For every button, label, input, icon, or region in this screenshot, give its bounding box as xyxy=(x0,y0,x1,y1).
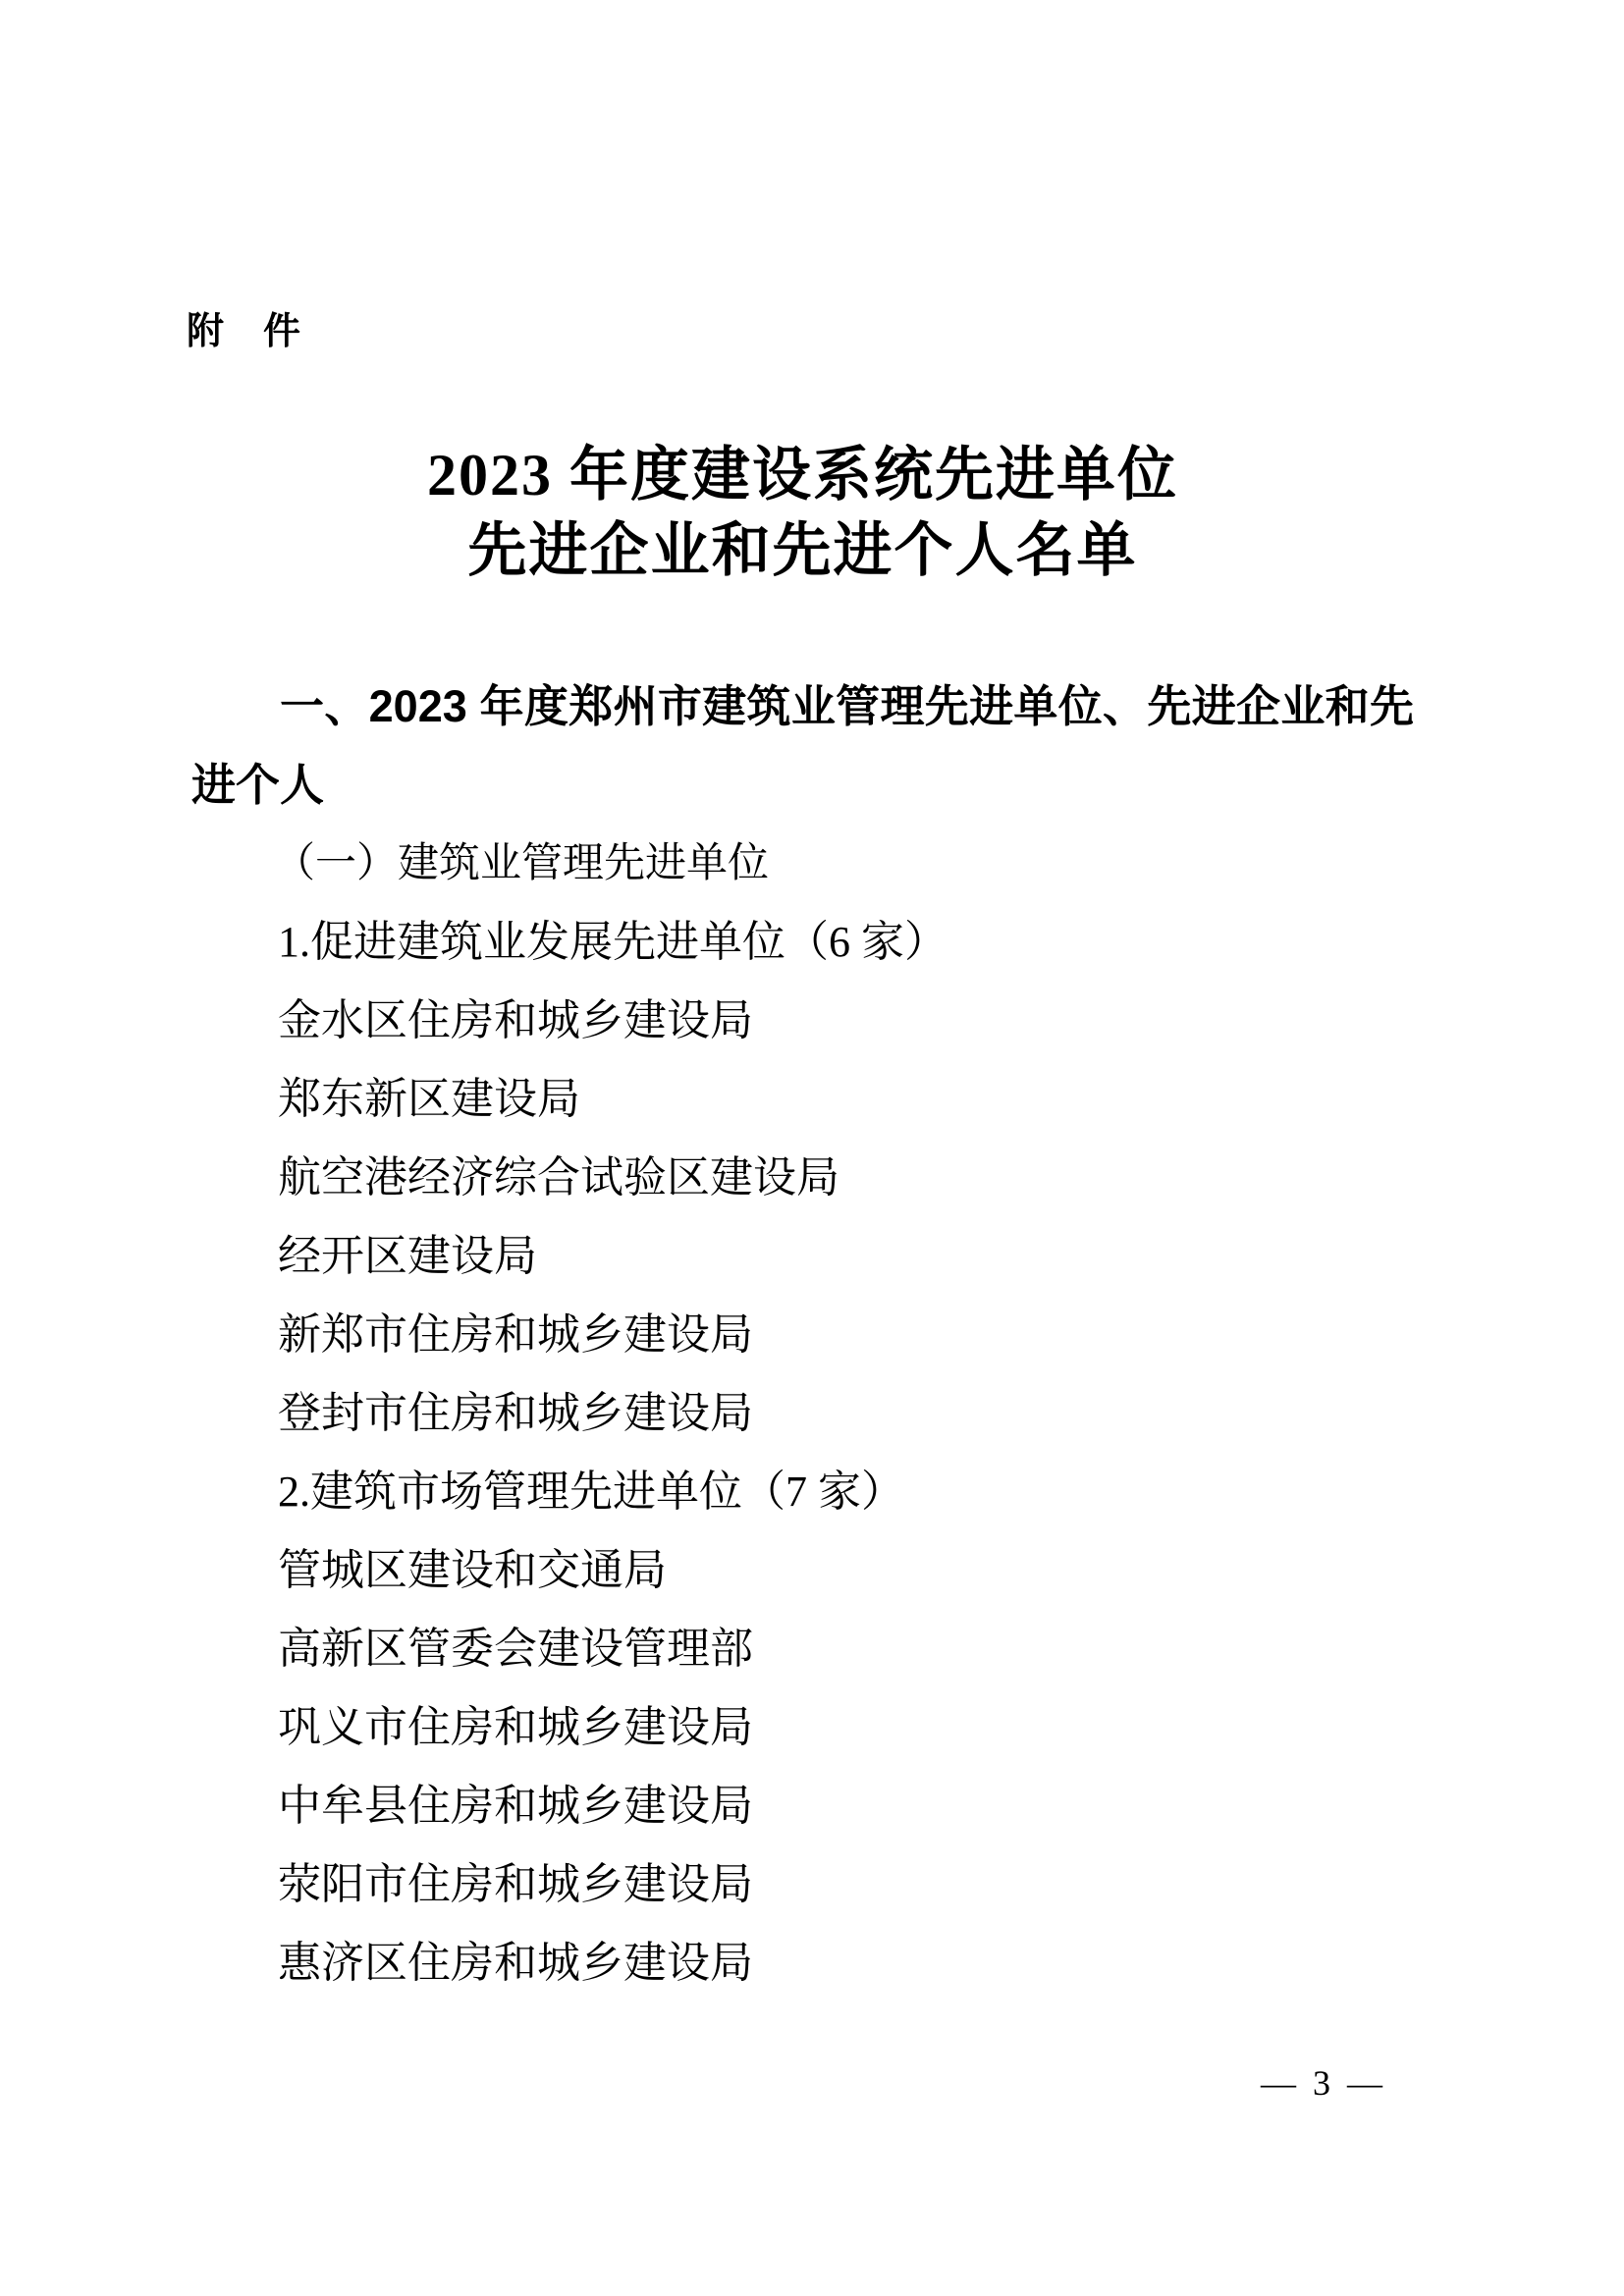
document-title: 2023 年度建设系统先进单位 先进企业和先进个人名单 xyxy=(191,438,1414,589)
list-item: 惠济区住房和城乡建设局 xyxy=(191,1924,1414,2002)
section-heading-line-2: 进个人 xyxy=(191,746,1414,825)
list-item: 巩义市住房和城乡建设局 xyxy=(191,1688,1414,1767)
list-item: 管城区建设和交通局 xyxy=(191,1531,1414,1610)
list-item: 航空港经济综合试验区建设局 xyxy=(191,1139,1414,1217)
attachment-label: 附 件 xyxy=(187,308,301,355)
list-item: 郑东新区建设局 xyxy=(191,1060,1414,1139)
section-heading-line-1: 一、2023 年度郑州市建筑业管理先进单位、先进企业和先 xyxy=(191,667,1414,746)
group-2-label: 2.建筑市场管理先进单位（7 家） xyxy=(191,1453,1414,1531)
list-item: 经开区建设局 xyxy=(191,1217,1414,1296)
list-item: 高新区管委会建设管理部 xyxy=(191,1610,1414,1688)
document-page: 附 件 2023 年度建设系统先进单位 先进企业和先进个人名单 一、2023 年… xyxy=(0,0,1624,2296)
list-item: 登封市住房和城乡建设局 xyxy=(191,1374,1414,1453)
group-1-label: 1.促进建筑业发展先进单位（6 家） xyxy=(191,903,1414,982)
page-number: — 3 — xyxy=(1261,2061,1386,2105)
document-body: 一、2023 年度郑州市建筑业管理先进单位、先进企业和先 进个人 （一）建筑业管… xyxy=(191,667,1414,2002)
list-item: 金水区住房和城乡建设局 xyxy=(191,982,1414,1060)
list-item: 中牟县住房和城乡建设局 xyxy=(191,1767,1414,1845)
title-line-2: 先进企业和先进个人名单 xyxy=(191,513,1414,589)
list-item: 新郑市住房和城乡建设局 xyxy=(191,1296,1414,1374)
list-item: 荥阳市住房和城乡建设局 xyxy=(191,1845,1414,1924)
subsection-heading: （一）建筑业管理先进单位 xyxy=(191,825,1414,903)
title-line-1: 2023 年度建设系统先进单位 xyxy=(191,438,1414,513)
